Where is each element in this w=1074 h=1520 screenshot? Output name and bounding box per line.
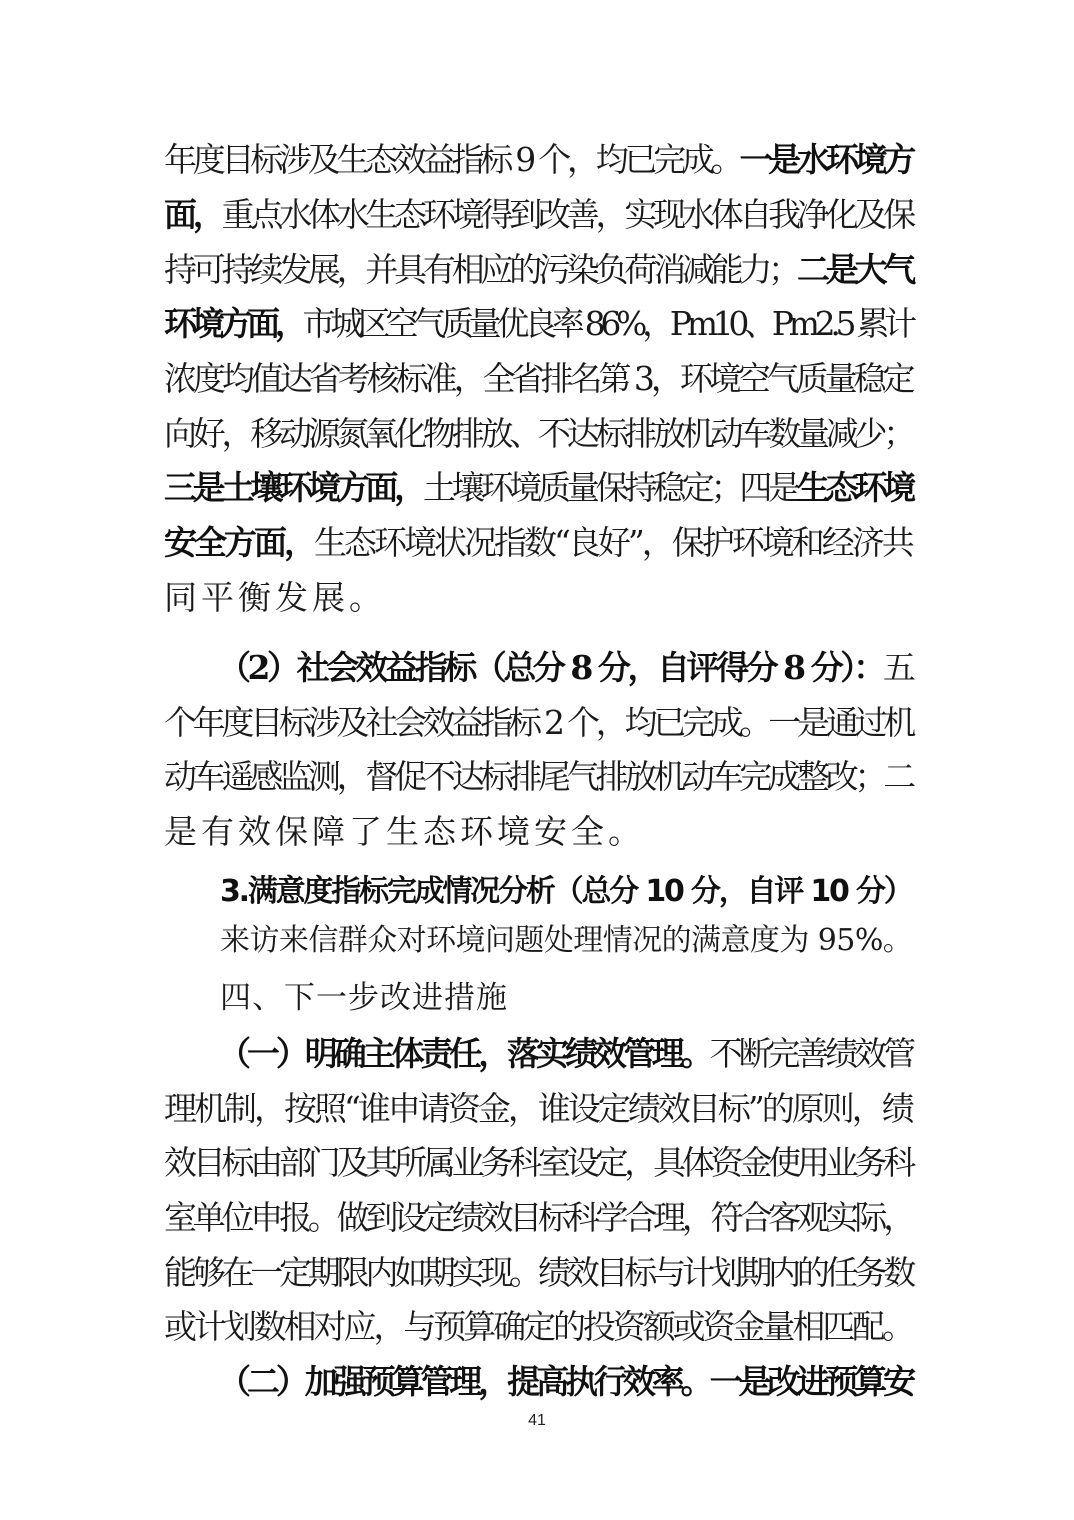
text-run: 是有效保障了生态环境安全。 — [164, 812, 645, 851]
text-line: 同平衡发展。 — [164, 578, 912, 618]
text-run: 年度目标涉及生态效益指标 9 个，均已完成。 — [164, 140, 739, 179]
bold-text-run: （一）明确主体责任，落实绩效管理。 — [218, 1034, 710, 1073]
text-line: 或计划数相对应，与预算确定的投资额或资金量相匹配。 — [164, 1307, 912, 1347]
text-line: 能够在一定期限内如期实现。绩效目标与计划期内的任务数 — [164, 1253, 912, 1293]
text-run: 能够在一定期限内如期实现。绩效目标与计划期内的任务数 — [164, 1253, 912, 1292]
text-run: 不断完善绩效管 — [710, 1034, 912, 1073]
text-line: 室单位申报。做到设定绩效目标科学合理，符合客观实际， — [164, 1198, 912, 1238]
text-run: 四、下一步改进措施 — [220, 980, 508, 1016]
section-heading-social-benefit: （2）社会效益指标（总分 8 分，自评得分 8 分）：五 — [218, 648, 912, 688]
text-line: 环境方面，市城区空气质量优良率 86%，Pm10、Pm2.5 累计 — [164, 304, 912, 344]
text-line: 效目标由部门及其所属业务科室设定，具体资金使用业务科 — [164, 1143, 912, 1183]
subsection-heading-responsibility: （一）明确主体责任，落实绩效管理。不断完善绩效管 — [218, 1034, 912, 1074]
bold-text-run: 一是水环境方 — [739, 140, 912, 179]
text-run: 持可持续发展，并具有相应的污染负荷消减能力； — [164, 250, 797, 289]
text-run: 理机制，按照“谁申请资金，谁设定绩效目标”的原则，绩 — [164, 1089, 912, 1128]
text-line: 三是土壤环境方面，土壤环境质量保持稳定；四是生态环境 — [164, 468, 912, 508]
document-page: 年度目标涉及生态效益指标 9 个，均已完成。一是水环境方 面，重点水体水生态环境… — [0, 0, 1074, 1520]
bold-text-run: 环境方面， — [164, 304, 303, 343]
bold-text-run: 面， — [164, 195, 222, 234]
text-run: 同平衡发展。 — [164, 578, 386, 617]
text-run: 土壤环境质量保持稳定；四是 — [423, 468, 797, 507]
text-line: 向好，移动源氮氧化物排放、不达标排放机动车数量减少； — [164, 414, 912, 454]
text-line: 持可持续发展，并具有相应的污染负荷消减能力；二是大气 — [164, 250, 912, 290]
text-line: 面，重点水体水生态环境得到改善，实现水体自我净化及保 — [164, 195, 912, 235]
section-heading-improvements: 四、下一步改进措施 — [220, 978, 912, 1018]
bold-text-run: 二是大气 — [797, 250, 912, 289]
text-run: 向好，移动源氮氧化物排放、不达标排放机动车数量减少； — [164, 414, 912, 453]
bold-text-run: 三是土壤环境方面， — [164, 468, 423, 507]
text-run: 个年度目标涉及社会效益指标 2 个，均已完成。一是通过机 — [164, 703, 912, 742]
text-run: 或计划数相对应，与预算确定的投资额或资金量相匹配。 — [164, 1307, 912, 1346]
text-line: 来访来信群众对环境问题处理情况的满意度为 95%。 — [220, 921, 912, 961]
bold-text-run: 生态环境 — [797, 468, 912, 507]
page-number: 41 — [0, 1412, 1074, 1430]
text-line: 动车遥感监测，督促不达标排尾气排放机动车完成整改；二 — [164, 757, 912, 797]
text-run: 动车遥感监测，督促不达标排尾气排放机动车完成整改；二 — [164, 757, 912, 796]
text-run: 重点水体水生态环境得到改善，实现水体自我净化及保 — [222, 195, 912, 234]
text-run: 浓度均值达省考核标准，全省排名第 3，环境空气质量稳定 — [164, 359, 912, 398]
text-line: 浓度均值达省考核标准，全省排名第 3，环境空气质量稳定 — [164, 359, 912, 399]
text-run: 室单位申报。做到设定绩效目标科学合理，符合客观实际， — [164, 1198, 912, 1237]
bold-text-run: 安全方面， — [164, 523, 314, 562]
text-run: 效目标由部门及其所属业务科室设定，具体资金使用业务科 — [164, 1143, 912, 1182]
text-line: 是有效保障了生态环境安全。 — [164, 812, 912, 852]
text-line: 个年度目标涉及社会效益指标 2 个，均已完成。一是通过机 — [164, 703, 912, 743]
text-run: 五 — [883, 648, 913, 687]
subsection-heading-budget: （二）加强预算管理，提高执行效率。一是改进预算安 — [218, 1362, 912, 1402]
text-line: 安全方面，生态环境状况指数“良好”，保护环境和经济共 — [164, 523, 912, 563]
section-heading-satisfaction: 3.满意度指标完成情况分析（总分 10 分，自评 10 分） — [220, 872, 912, 912]
text-run: 来访来信群众对环境问题处理情况的满意度为 95%。 — [220, 923, 912, 958]
text-line: 年度目标涉及生态效益指标 9 个，均已完成。一是水环境方 — [164, 140, 912, 180]
text-run: 市城区空气质量优良率 86%，Pm10、Pm2.5 累计 — [303, 304, 912, 343]
bold-text-run: 3.满意度指标完成情况分析（总分 10 分，自评 10 分） — [220, 874, 912, 909]
text-line: 理机制，按照“谁申请资金，谁设定绩效目标”的原则，绩 — [164, 1089, 912, 1129]
text-run: 生态环境状况指数“良好”，保护环境和经济共 — [314, 523, 912, 562]
bold-text-run: （二）加强预算管理，提高执行效率。一是改进预算安 — [218, 1362, 912, 1401]
bold-text-run: （2）社会效益指标（总分 8 分，自评得分 8 分）： — [218, 648, 883, 687]
